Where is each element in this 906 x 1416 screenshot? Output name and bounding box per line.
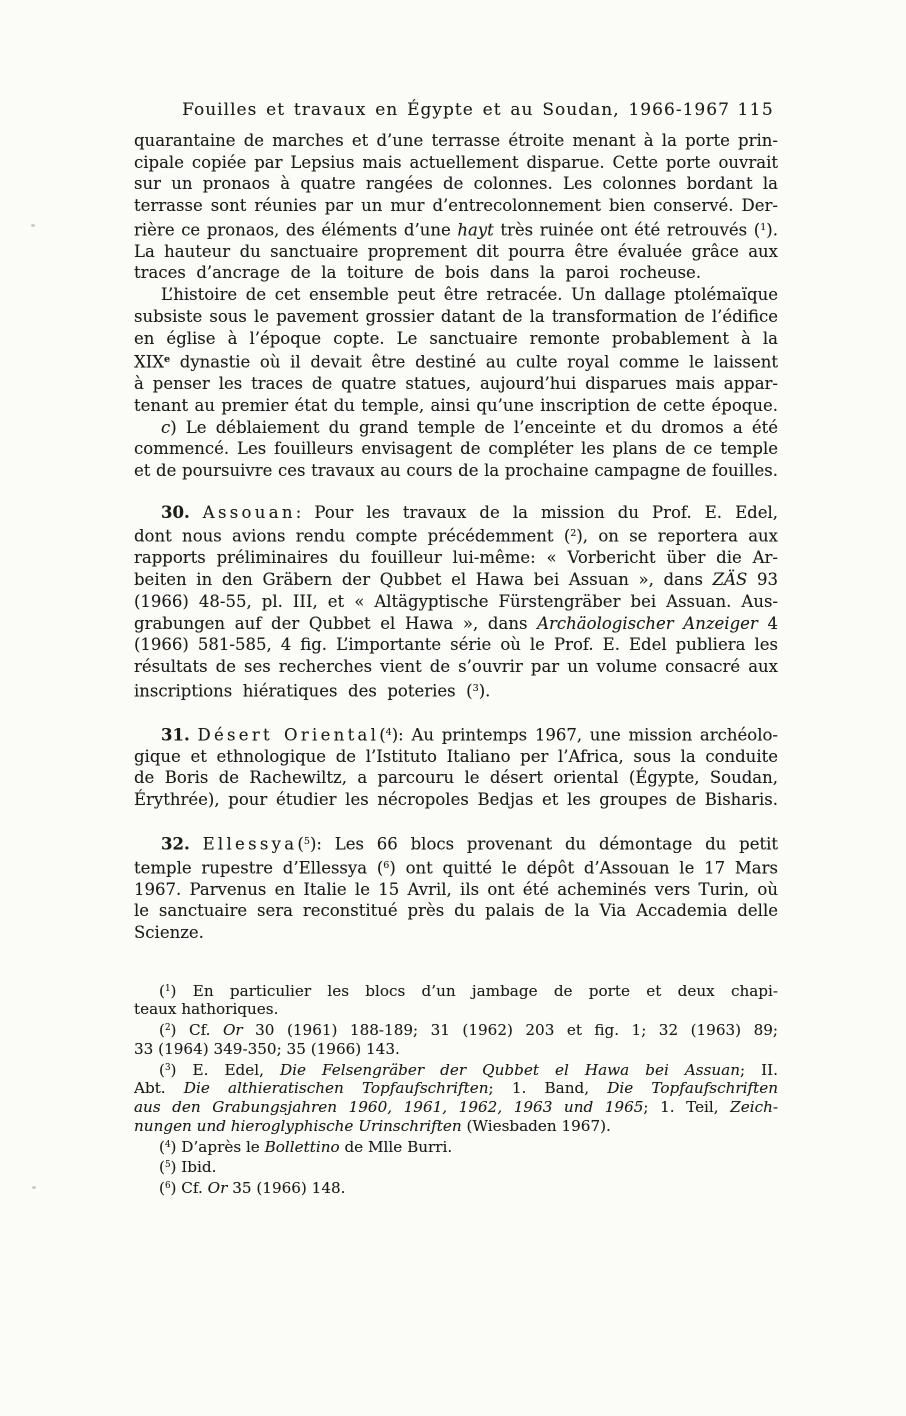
text-line: à penser les traces de quatre statues, a…	[134, 373, 778, 395]
text-line: teaux hathoriques.	[134, 1000, 778, 1019]
text-segment: 93	[747, 570, 778, 589]
text-segment: temple rupestre d’Ellessya (	[134, 858, 383, 877]
text-segment-i: Die althieratischen Topfaufschriften	[184, 1079, 489, 1097]
scan-speck	[32, 1186, 36, 1189]
text-segment-i: Die Topfaufschriften	[607, 1079, 778, 1097]
text-line: c) Le déblaiement du grand temple de l’e…	[134, 417, 778, 439]
text-segment: (1966) 581-585, 4 fig. L’importante séri…	[134, 635, 778, 654]
text-segment-ls: Désert Oriental	[197, 725, 379, 744]
page-header: Fouilles et travaux en Égypte et au Soud…	[134, 100, 778, 120]
text-line: grabungen auf der Qubbet el Hawa », dans…	[134, 613, 778, 635]
text-line: (2) Cf. Or 30 (1961) 188-189; 31 (1962) …	[134, 1019, 778, 1040]
text-segment: ): Les 66 blocs provenant du démontage d…	[310, 834, 778, 853]
text-segment: L’histoire de cet ensemble peut être ret…	[161, 285, 778, 304]
text-segment: dont nous avions rendu compte précédemme…	[134, 527, 570, 546]
text-segment: de Boris de Rachewiltz, a parcouru le dé…	[134, 768, 778, 787]
text-segment: résultats de ses recherches vient de s’o…	[134, 657, 778, 676]
text-segment: 33 (1964) 349-350; 35 (1966) 143.	[134, 1040, 400, 1058]
text-segment: (1966) 48-55, pl. III, et « Altägyptisch…	[134, 592, 778, 611]
text-segment-ls: Assouan	[203, 503, 296, 522]
text-segment: ) Le déblaiement du grand temple de l’en…	[170, 418, 778, 437]
page-number: 115	[737, 100, 774, 120]
text-line: 30. Assouan: Pour les travaux de la miss…	[134, 502, 778, 524]
text-line: et de poursuivre ces travaux au cours de…	[134, 460, 778, 482]
text-line: subsiste sous le pavement grossier datan…	[134, 306, 778, 328]
text-segment: Scienze.	[134, 923, 204, 942]
text-line: XIXe dynastie où il devait être destiné …	[134, 349, 778, 373]
text-segment-ls: Ellessya	[203, 834, 298, 853]
paragraph-history: L’histoire de cet ensemble peut être ret…	[134, 284, 778, 416]
text-line: de Boris de Rachewiltz, a parcouru le dé…	[134, 767, 778, 789]
text-line: gique et ethnologique de l’Istituto Ital…	[134, 746, 778, 768]
text-segment: 1967. Parvenus en Italie le 15 Avril, il…	[134, 880, 778, 899]
section-31-desert-oriental: 31. Désert Oriental(4): Au printemps 196…	[134, 722, 778, 811]
text-line: inscriptions hiératiques des poteries (3…	[134, 678, 778, 702]
text-segment-i: Zeich-	[730, 1098, 778, 1116]
text-segment: très ruinée ont été retrouvés (	[494, 220, 760, 239]
text-segment: gique et ethnologique de l’Istituto Ital…	[134, 747, 778, 766]
text-segment: en église à l’époque copte. Le sanctuair…	[134, 329, 778, 348]
text-segment: ) Ibid.	[171, 1158, 217, 1176]
text-segment: et de poursuivre ces travaux au cours de…	[134, 461, 778, 480]
text-segment: cipale copiée par Lepsius mais actuellem…	[134, 153, 778, 172]
text-line: (5) Ibid.	[134, 1156, 778, 1177]
text-segment	[190, 834, 203, 853]
text-line: en église à l’époque copte. Le sanctuair…	[134, 328, 778, 350]
text-segment: le sanctuaire sera reconstitué près du p…	[134, 901, 778, 920]
text-line: dont nous avions rendu compte précédemme…	[134, 523, 778, 547]
text-segment: commencé. Les fouilleurs envisagent de c…	[134, 439, 778, 458]
text-segment-i: Or	[208, 1179, 228, 1197]
text-segment: dynastie où il devait être destiné au cu…	[170, 353, 778, 372]
text-line: terrasse sont réunies par un mur d’entre…	[134, 195, 778, 217]
text-segment-i: Die Felsengräber der Qubbet el Hawa bei …	[280, 1060, 740, 1078]
text-segment: La hauteur du sanctuaire proprement dit …	[134, 242, 778, 261]
text-line: (6) Cf. Or 35 (1966) 148.	[134, 1177, 778, 1198]
text-segment: grabungen auf der Qubbet el Hawa », dans	[134, 614, 537, 633]
text-segment: beiten in den Gräbern der Qubbet el Hawa…	[134, 570, 713, 589]
text-segment: 4	[758, 614, 778, 633]
text-segment: terrasse sont réunies par un mur d’entre…	[134, 196, 778, 215]
text-segment: à penser les traces de quatre statues, a…	[134, 374, 778, 393]
text-segment: ) E. Edel,	[171, 1060, 280, 1078]
text-line: traces d’ancrage de la toiture de bois d…	[134, 262, 778, 284]
text-line: 31. Désert Oriental(4): Au printemps 196…	[134, 722, 778, 746]
text-segment-i: aus den Grabungsjahren 1960, 1961, 1962,…	[134, 1098, 643, 1116]
text-segment: rière ce pronaos, des éléments d’une	[134, 220, 457, 239]
text-line: (1966) 48-55, pl. III, et « Altägyptisch…	[134, 591, 778, 613]
text-line: temple rupestre d’Ellessya (6) ont quitt…	[134, 855, 778, 879]
text-segment	[190, 503, 203, 522]
text-line: (3) E. Edel, Die Felsengräber der Qubbet…	[134, 1059, 778, 1080]
section-32-ellessya: 32. Ellessya(5): Les 66 blocs provenant …	[134, 831, 778, 944]
text-line: L’histoire de cet ensemble peut être ret…	[134, 284, 778, 306]
text-segment: Érythrée), pour étudier les nécropoles B…	[134, 790, 778, 809]
text-line: 32. Ellessya(5): Les 66 blocs provenant …	[134, 831, 778, 855]
paragraph-temple-clearing: c) Le déblaiement du grand temple de l’e…	[134, 417, 778, 482]
text-line: quarantaine de marches et d’une terrasse…	[134, 130, 778, 152]
text-line: aus den Grabungsjahren 1960, 1961, 1962,…	[134, 1098, 778, 1117]
text-line: Abt. Die althieratischen Topfaufschrifte…	[134, 1079, 778, 1098]
text-segment: de Mlle Burri.	[340, 1137, 453, 1155]
text-segment: quarantaine de marches et d’une terrasse…	[134, 131, 778, 150]
text-segment-i: nungen und hieroglyphische Urinschriften	[134, 1117, 462, 1135]
paragraph-terrace: quarantaine de marches et d’une terrasse…	[134, 130, 778, 284]
footnotes: (1) En particulier les blocs d’un jambag…	[134, 980, 778, 1198]
text-line: La hauteur du sanctuaire proprement dit …	[134, 241, 778, 263]
text-segment: inscriptions hiératiques des poteries (	[134, 681, 473, 700]
text-segment: sur un pronaos à quatre rangées de colon…	[134, 174, 778, 193]
text-segment-i: Or	[223, 1021, 243, 1039]
text-segment-b: 30.	[161, 503, 190, 522]
text-segment: ) ont quitté le dépôt d’Assouan le 17 Ma…	[389, 858, 778, 877]
text-segment: 30 (1961) 188-189; 31 (1962) 203 et fig.…	[243, 1021, 778, 1039]
text-line: commencé. Les fouilleurs envisagent de c…	[134, 438, 778, 460]
text-segment: ) Cf.	[171, 1179, 208, 1197]
text-segment: ) D’après le	[171, 1137, 265, 1155]
text-line: cipale copiée par Lepsius mais actuellem…	[134, 152, 778, 174]
text-line: tenant au premier état du temple, ainsi …	[134, 395, 778, 417]
text-segment: ).	[479, 681, 491, 700]
text-segment-i: ZÄS	[713, 570, 748, 589]
text-line: Scienze.	[134, 922, 778, 944]
text-line: rière ce pronaos, des éléments d’une hay…	[134, 217, 778, 241]
text-line: nungen und hieroglyphische Urinschriften…	[134, 1117, 778, 1136]
text-segment: rapports préliminaires du fouilleur lui-…	[134, 548, 778, 567]
text-segment: XIX	[134, 353, 164, 372]
text-segment: ; 1. Teil,	[643, 1098, 730, 1116]
text-segment: teaux hathoriques.	[134, 1000, 278, 1018]
text-line: 33 (1964) 349-350; 35 (1966) 143.	[134, 1040, 778, 1059]
text-segment: ; 1. Band,	[489, 1079, 608, 1097]
text-segment: ).	[766, 220, 778, 239]
text-segment-i: Bollettino	[265, 1137, 340, 1155]
text-line: le sanctuaire sera reconstitué près du p…	[134, 900, 778, 922]
section-30-assouan: 30. Assouan: Pour les travaux de la miss…	[134, 502, 778, 702]
text-segment-i: c	[161, 418, 170, 437]
text-line: sur un pronaos à quatre rangées de colon…	[134, 173, 778, 195]
text-segment: (Wiesbaden 1967).	[462, 1117, 611, 1135]
text-segment: 35 (1966) 148.	[227, 1179, 345, 1197]
text-segment: : Pour les travaux de la mission du Prof…	[296, 503, 778, 522]
text-line: (1) En particulier les blocs d’un jambag…	[134, 980, 778, 1001]
text-line: (4) D’après le Bollettino de Mlle Burri.	[134, 1136, 778, 1157]
scan-speck	[31, 224, 35, 227]
text-block: quarantaine de marches et d’une terrasse…	[134, 130, 778, 1197]
text-segment: tenant au premier état du temple, ainsi …	[134, 396, 778, 415]
text-line: beiten in den Gräbern der Qubbet el Hawa…	[134, 569, 778, 591]
text-segment: ), on se reportera aux	[576, 527, 778, 546]
text-segment: subsiste sous le pavement grossier datan…	[134, 307, 778, 326]
text-segment: ; II.	[740, 1060, 778, 1078]
text-segment-i: Archäologischer Anzeiger	[537, 614, 758, 633]
text-segment: Abt.	[134, 1079, 184, 1097]
text-line: (1966) 581-585, 4 fig. L’importante séri…	[134, 634, 778, 656]
running-head: Fouilles et travaux en Égypte et au Soud…	[134, 100, 778, 120]
text-segment: ) Cf.	[171, 1021, 223, 1039]
text-segment: ) En particulier les blocs d’un jambage …	[171, 982, 778, 1000]
text-line: Érythrée), pour étudier les nécropoles B…	[134, 789, 778, 811]
text-segment-b: 32.	[161, 834, 190, 853]
text-segment-i: hayt	[457, 220, 493, 239]
text-segment: traces d’ancrage de la toiture de bois d…	[134, 263, 701, 282]
text-segment: ): Au printemps 1967, une mission archéo…	[392, 725, 778, 744]
text-line: résultats de ses recherches vient de s’o…	[134, 656, 778, 678]
text-line: 1967. Parvenus en Italie le 15 Avril, il…	[134, 879, 778, 901]
text-line: rapports préliminaires du fouilleur lui-…	[134, 547, 778, 569]
text-segment-b: 31.	[161, 725, 190, 744]
